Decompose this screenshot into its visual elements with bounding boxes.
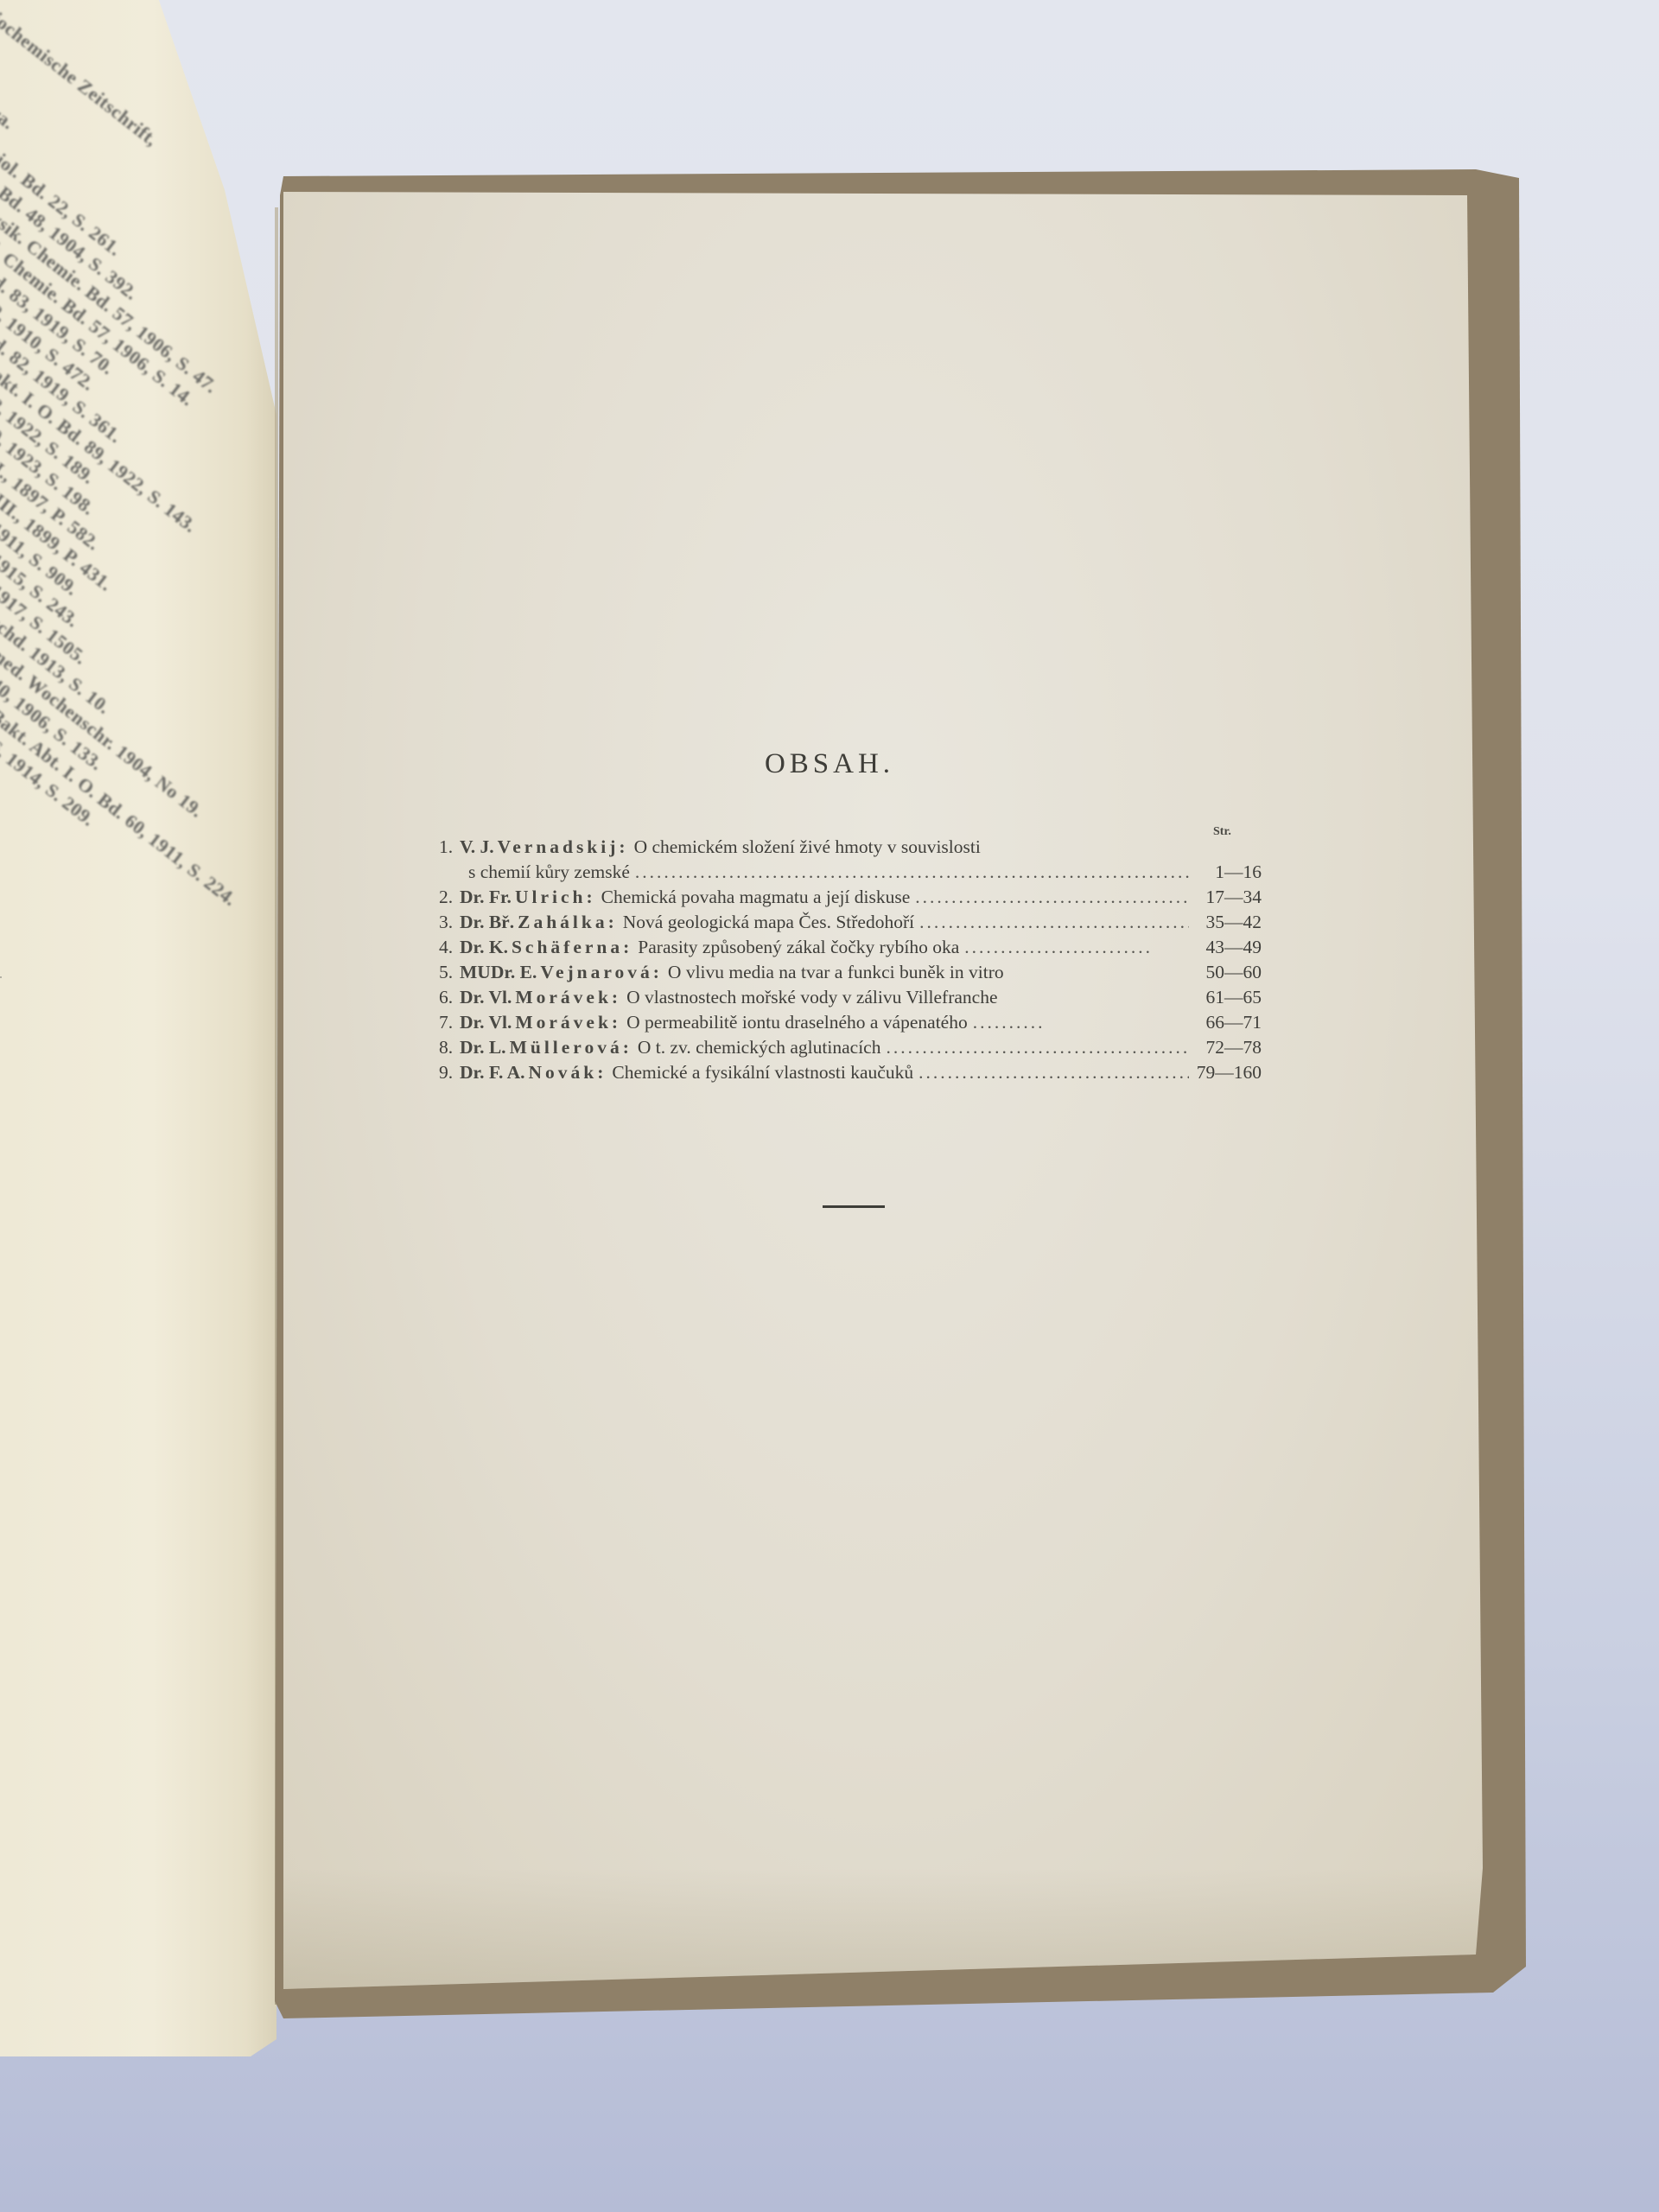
entry-author-prefix: Dr. Fr. [460, 885, 512, 910]
entry-title: O t. zv. chemických aglutinacích [638, 1035, 881, 1060]
left-book-page: Biochemische Zeitschrift, ura. ysiol. Bd… [0, 0, 276, 2056]
entry-author: Morávek: [515, 985, 621, 1010]
entry-pages: 17—34 [1189, 885, 1262, 910]
dot-leader: ........................................… [880, 1035, 1189, 1060]
entry-number: 5. [439, 960, 460, 985]
entry-title-continued: s chemií kůry zemské [468, 860, 630, 885]
dot-leader: .......... [968, 1010, 1189, 1035]
toc-entry: 6. Dr. Vl. Morávek: O vlastnostech mořsk… [439, 985, 1262, 1010]
page-title: OBSAH. [0, 748, 1659, 780]
entry-title: O chemickém složení živé hmoty v souvisl… [634, 835, 1262, 860]
entry-author-prefix: V. J. [460, 835, 494, 860]
entry-pages: 50—60 [1189, 960, 1262, 985]
entry-title: Chemické a fysikální vlastnosti kaučuků [612, 1060, 913, 1085]
toc-entry: 1. V. J. Vernadskij: O chemickém složení… [439, 835, 1262, 860]
entry-pages: 1—16 [1189, 860, 1262, 885]
entry-author: Novák: [528, 1060, 607, 1085]
dot-leader: .......................... [959, 935, 1189, 960]
entry-pages: 43—49 [1189, 935, 1262, 960]
entry-pages: 66—71 [1189, 1010, 1262, 1035]
entry-pages: 61—65 [1189, 985, 1262, 1010]
entry-author-prefix: Dr. Vl. [460, 1010, 512, 1035]
entry-author-prefix: Dr. F. A. [460, 1060, 524, 1085]
dot-leader: ........................................… [913, 1060, 1189, 1085]
toc-entry: 3. Dr. Bř. Zahálka: Nová geologická mapa… [439, 910, 1262, 935]
entry-author: Zahálka: [518, 910, 618, 935]
entry-number: 7. [439, 1010, 460, 1035]
entry-title: Parasity způsobený zákal čočky rybího ok… [638, 935, 959, 960]
table-of-contents: 1. V. J. Vernadskij: O chemickém složení… [439, 835, 1262, 1085]
dot-leader: ........................................… [630, 860, 1189, 885]
bib-line: Biochemische Zeitschrift, [0, 0, 162, 151]
entry-author: Schäferna: [512, 935, 632, 960]
entry-author-prefix: Dr. L. [460, 1035, 506, 1060]
toc-entry: 9. Dr. F. A. Novák: Chemické a fysikální… [439, 1060, 1262, 1085]
entry-number: 4. [439, 935, 460, 960]
toc-entry: 4. Dr. K. Schäferna: Parasity způsobený … [439, 935, 1262, 960]
entry-pages: 79—160 [1189, 1060, 1262, 1085]
end-divider [823, 1205, 885, 1208]
entry-title: O vlastnostech mořské vody v zálivu Vill… [626, 985, 1189, 1010]
entry-title: O permeabilitě iontu draselného a vápena… [626, 1010, 968, 1035]
entry-author: Morávek: [515, 1010, 621, 1035]
entry-title: Chemická povaha magmatu a její diskuse [601, 885, 911, 910]
entry-title: Nová geologická mapa Čes. Středohoří [623, 910, 914, 935]
entry-number: 1. [439, 835, 460, 860]
entry-author: Vernadskij: [498, 835, 629, 860]
entry-number: 3. [439, 910, 460, 935]
entry-number: 8. [439, 1035, 460, 1060]
entry-author: Ulrich: [515, 885, 596, 910]
entry-number: 6. [439, 985, 460, 1010]
dot-leader: ........................................… [910, 885, 1189, 910]
entry-author-prefix: MUDr. E. [460, 960, 537, 985]
entry-author: Vejnarová: [540, 960, 663, 985]
toc-entry: 8. Dr. L. Müllerová: O t. zv. chemických… [439, 1035, 1262, 1060]
entry-author-prefix: Dr. Bř. [460, 910, 514, 935]
entry-author-prefix: Dr. Vl. [460, 985, 512, 1010]
bib-line: ura. [0, 95, 19, 134]
contents-page [283, 192, 1483, 1989]
dot-leader: ........................................… [914, 910, 1189, 935]
entry-title: O vlivu media na tvar a funkci buněk in … [668, 960, 1189, 985]
entry-pages: 72—78 [1189, 1035, 1262, 1060]
toc-entry: 2. Dr. Fr. Ulrich: Chemická povaha magma… [439, 885, 1262, 910]
entry-author-prefix: Dr. K. [460, 935, 508, 960]
toc-entry-continuation: s chemií kůry zemské ...................… [439, 860, 1262, 885]
toc-entry: 5. MUDr. E. Vejnarová: O vlivu media na … [439, 960, 1262, 985]
divider [0, 976, 2, 978]
toc-entry: 7. Dr. Vl. Morávek: O permeabilitě iontu… [439, 1010, 1262, 1035]
entry-author: Müllerová: [510, 1035, 632, 1060]
entry-number: 9. [439, 1060, 460, 1085]
entry-pages: 35—42 [1189, 910, 1262, 935]
entry-number: 2. [439, 885, 460, 910]
